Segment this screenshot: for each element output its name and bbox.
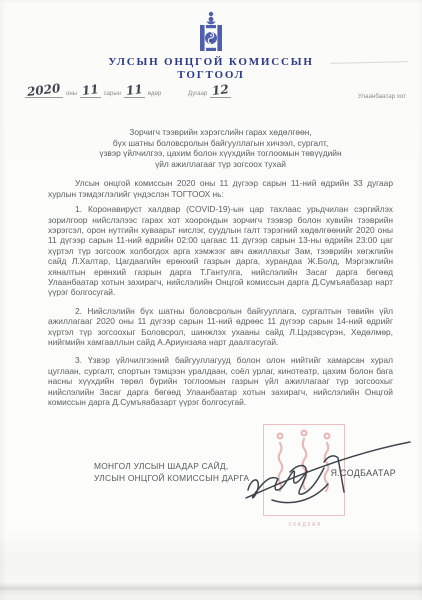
signatory-name: Я.СОДБААТАР [331, 468, 396, 478]
intro-paragraph: Улсын онцгой комиссын 2020 оны 11 дүгээр… [48, 178, 393, 199]
date-fields: 2020 оны 11 сарын 11 өдөр [25, 84, 164, 98]
scan-bottom-shadow [0, 582, 422, 591]
subject-line: Зорчигч тээврийн хэрэгслийн гарах хөдөлг… [48, 127, 393, 138]
dateline: 2020 оны 11 сарын 11 өдөр Дугаар 12 Улаа… [25, 84, 406, 106]
signatory-title-line: МОНГОЛ УЛСЫН ШАДАР САЙД, [94, 460, 249, 472]
city-label: Улаанбаатар хот [358, 93, 406, 100]
document-body: Зорчигч тээврийн хэрэгслийн гарах хөдөлг… [48, 127, 393, 416]
day-handwritten: 11 [125, 83, 143, 97]
clause-3: 3. Үзвэр үйлчилгээний байгууллагууд боло… [48, 355, 393, 407]
year-handwritten: 2020 [27, 82, 62, 98]
subject-line: бүх шатны боловсролын байгууллагын хичээ… [48, 138, 393, 149]
soyombo-emblem-icon [192, 11, 230, 53]
stamp-caption: УХАДХАЯ [262, 522, 348, 528]
signatory-title-line: УЛСЫН ОНЦГОЙ КОМИССЫН ДАРГА [94, 472, 249, 484]
subject-block: Зорчигч тээврийн хэрэгслийн гарах хөдөлг… [48, 127, 393, 169]
month-field: 11 [80, 84, 101, 98]
subject-line: үзвэр үйлчилгээ, цахим болон хүүхдийн то… [48, 148, 393, 159]
subject-line: үйл ажиллагааг түр зогсоох тухай [48, 159, 393, 170]
number-handwritten: 12 [212, 83, 230, 97]
number-field: 12 [210, 84, 231, 98]
document-page: УЛСЫН ОНЦГОЙ КОМИССЫН ТОГТООЛ 2020 оны 1… [0, 0, 422, 600]
clause-2: 2. Нийслэлийн бүх шатны боловсролын байг… [48, 306, 393, 348]
day-label: өдөр [148, 91, 162, 97]
year-label: оны [66, 91, 77, 97]
month-label: сарын [104, 91, 121, 97]
doc-type: ТОГТООЛ [0, 69, 422, 82]
number-label: Дугаар [188, 91, 207, 97]
number-field-group: Дугаар 12 [185, 84, 231, 98]
scan-bottom-edge [0, 591, 422, 600]
signature-block: УХАДХАЯ МОНГОЛ УЛСЫН ШАДАР САЙД, УЛСЫН О… [48, 452, 400, 572]
emblem-container [0, 11, 422, 53]
signatory-titles: МОНГОЛ УЛСЫН ШАДАР САЙД, УЛСЫН ОНЦГОЙ КО… [94, 460, 249, 484]
day-field: 11 [124, 84, 145, 98]
month-handwritten: 11 [81, 83, 99, 97]
year-field: 2020 [25, 84, 63, 98]
document-header: УЛСЫН ОНЦГОЙ КОМИССЫН ТОГТООЛ [0, 56, 422, 81]
clause-1: 1. Коронавируст халдвар (COVID-19)-ын ца… [48, 204, 393, 298]
